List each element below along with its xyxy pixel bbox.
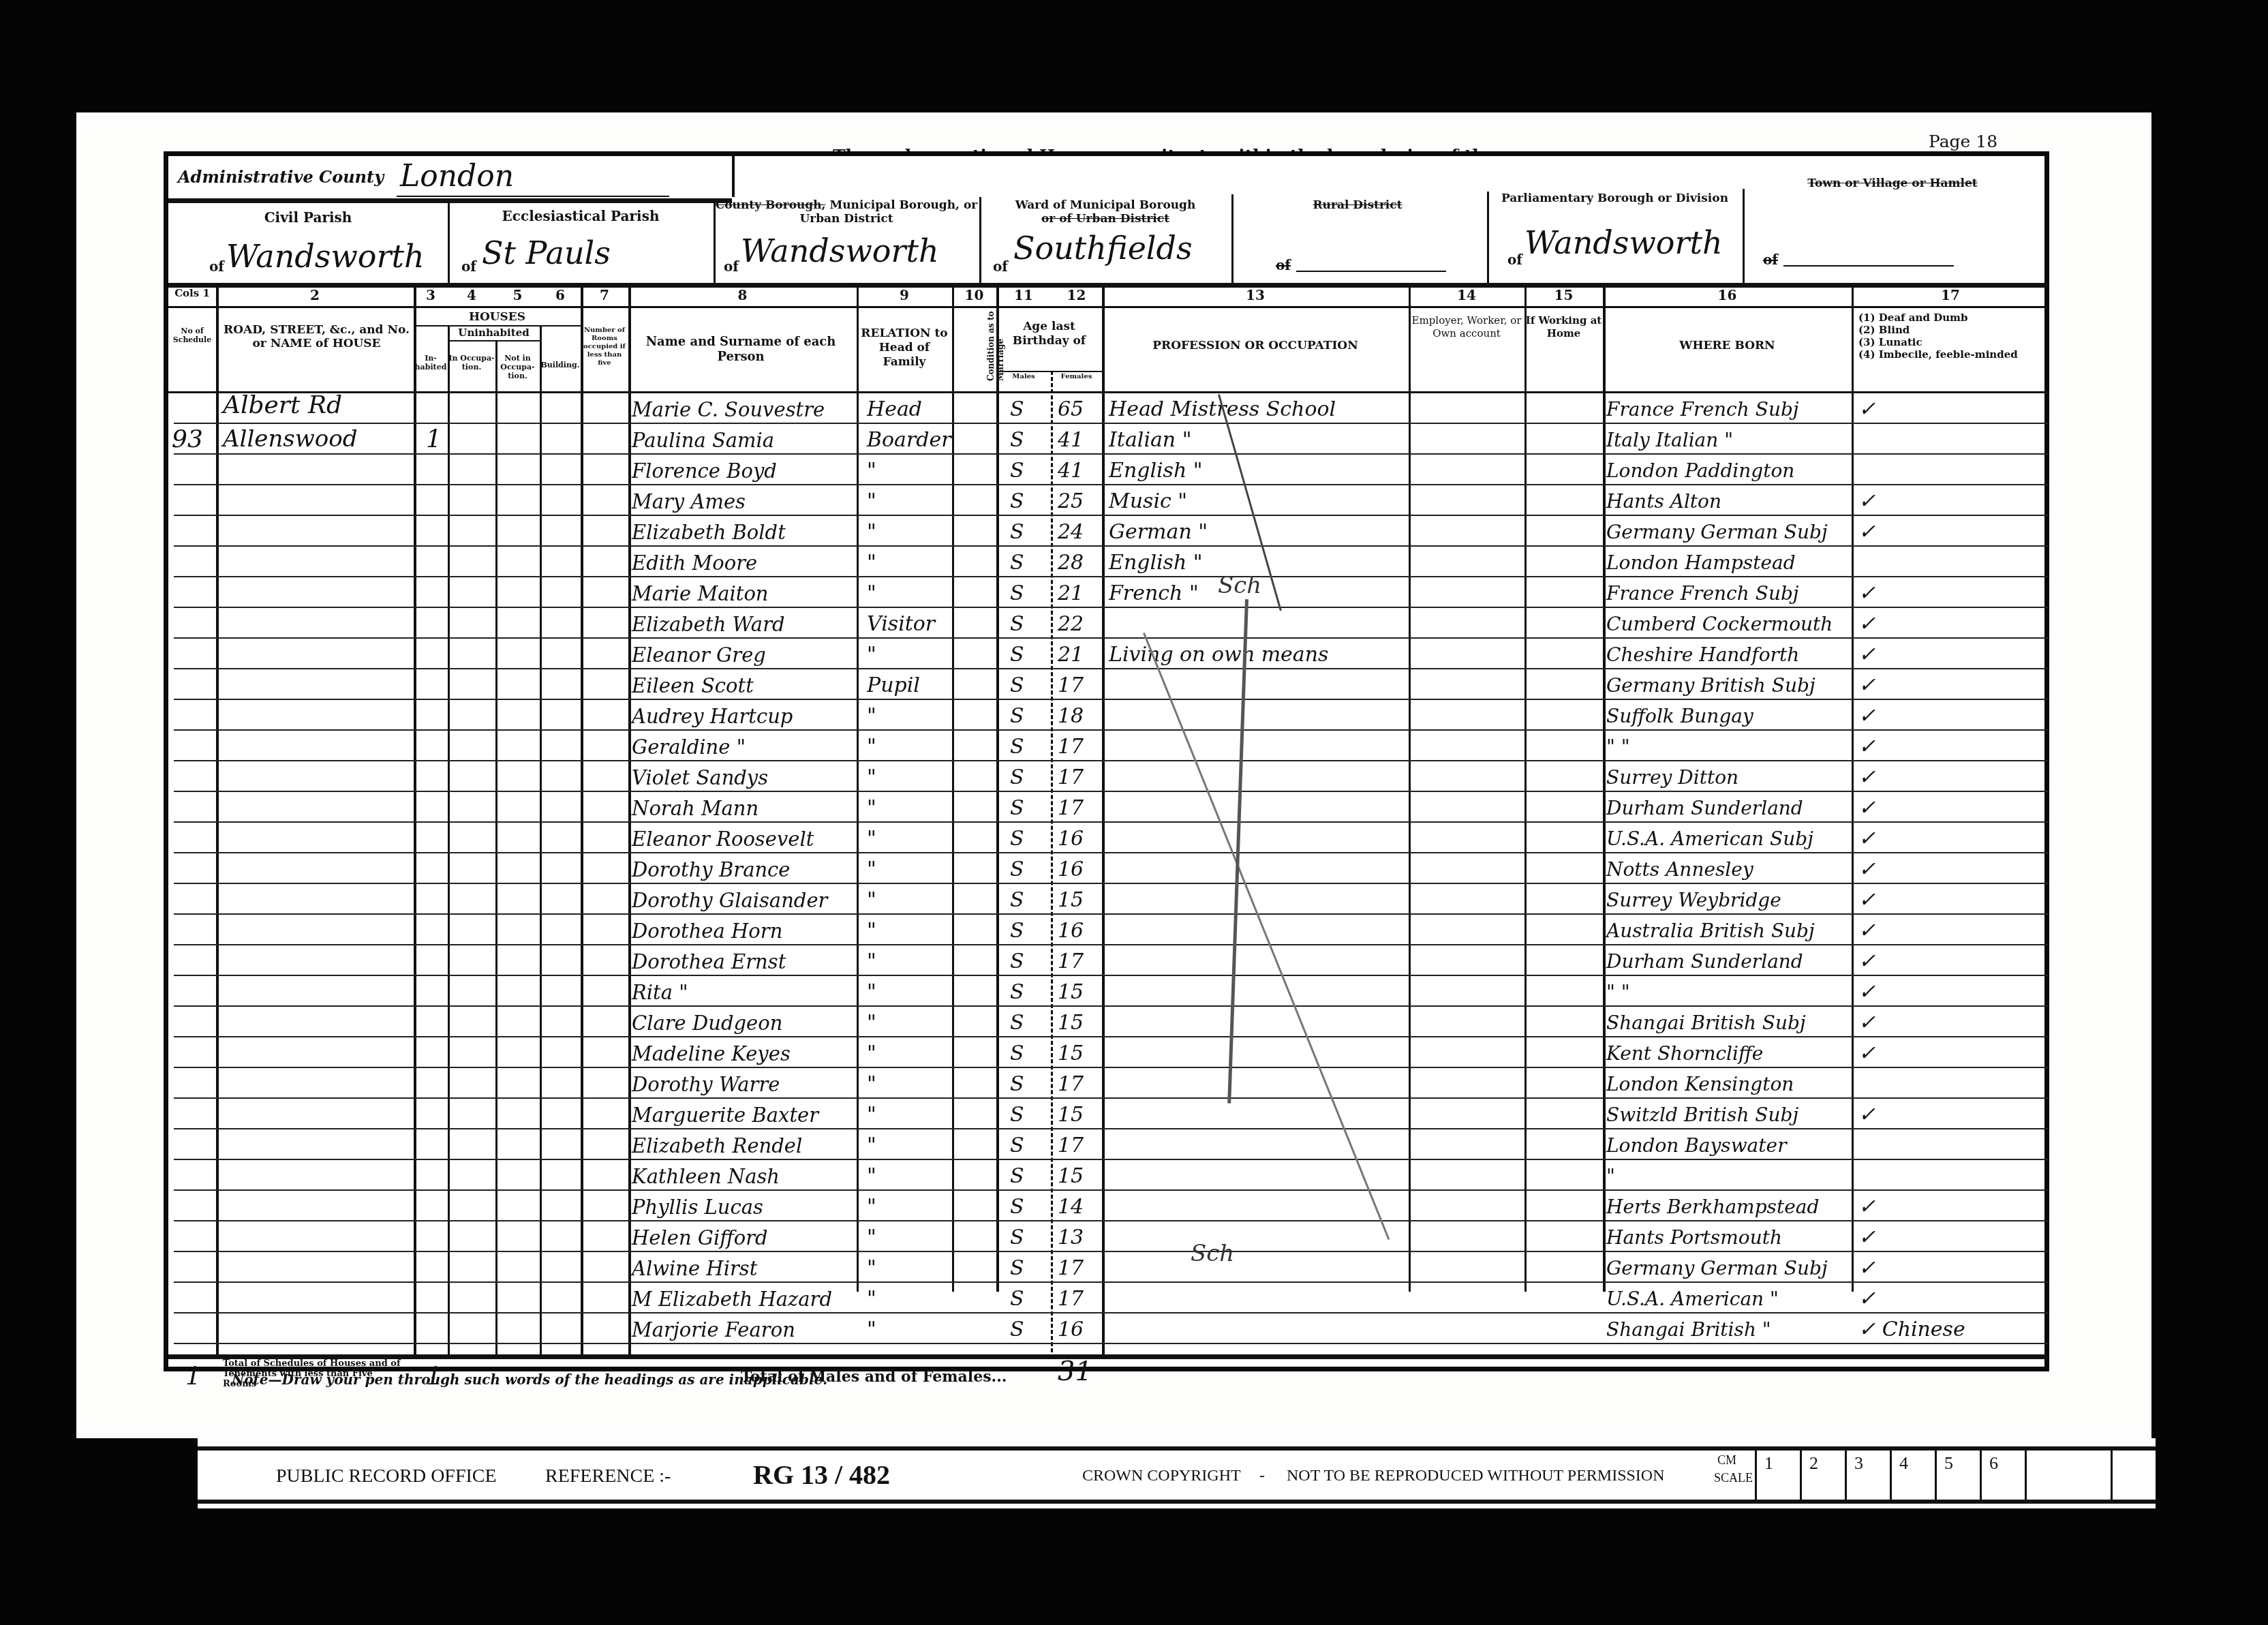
parliamentary-borough-label: Parliamentary Borough or Division bbox=[1487, 192, 1743, 205]
person-relation: " bbox=[867, 1129, 876, 1160]
person-condition: S bbox=[1010, 577, 1024, 608]
person-age-female: 15 bbox=[1058, 976, 1084, 1007]
person-name: Eleanor Roosevelt bbox=[632, 823, 814, 853]
person-age-female: 17 bbox=[1058, 761, 1084, 792]
town-village-label: Town or Village or Hamlet bbox=[1743, 177, 2042, 190]
person-age-female: 22 bbox=[1058, 608, 1084, 639]
person-row: Norah Mann"S17Durham Sunderland✓ bbox=[168, 792, 2054, 823]
col-age-header: Age last Birthday of bbox=[996, 320, 1102, 348]
person-birthplace: London Hampstead bbox=[1606, 547, 1796, 577]
enumerator-mark: Sch bbox=[1218, 572, 1261, 599]
person-infirmity-mark: ✓ Chinese bbox=[1858, 1313, 1965, 1344]
person-condition: S bbox=[1010, 823, 1024, 853]
scale-mark: 6 bbox=[1989, 1453, 1998, 1474]
person-age-female: 15 bbox=[1058, 1160, 1084, 1191]
person-relation: " bbox=[867, 945, 876, 976]
person-name: Florence Boyd bbox=[632, 455, 777, 485]
person-infirmity-mark: ✓ bbox=[1858, 1037, 1875, 1068]
person-relation: " bbox=[867, 731, 876, 761]
person-condition: S bbox=[1010, 516, 1024, 547]
ecclesiastical-parish-label: Ecclesiastical Parish bbox=[448, 209, 714, 223]
person-name: Audrey Hartcup bbox=[632, 700, 793, 731]
person-occupation: English " bbox=[1109, 455, 1203, 485]
person-row: Mary Ames"S25Music "Hants Alton✓ bbox=[168, 485, 2054, 516]
person-condition: S bbox=[1010, 393, 1024, 424]
person-name: Helen Gifford bbox=[632, 1221, 768, 1252]
person-birthplace: Germany German Subj bbox=[1606, 1252, 1828, 1283]
person-birthplace: Notts Annesley bbox=[1606, 853, 1753, 884]
person-row: Eleanor Greg"S21Living on own meansChesh… bbox=[168, 639, 2054, 669]
person-age-female: 16 bbox=[1058, 915, 1084, 945]
person-name: Rita " bbox=[632, 976, 688, 1007]
person-birthplace: Germany British Subj bbox=[1606, 669, 1815, 700]
col-working-home-header: If Working at Home bbox=[1524, 314, 1603, 340]
person-infirmity-mark: ✓ bbox=[1858, 393, 1875, 424]
scale-mark: 5 bbox=[1944, 1453, 1953, 1474]
person-occupation: French " bbox=[1109, 577, 1199, 608]
person-relation: " bbox=[867, 1007, 876, 1037]
ecclesiastical-parish-value: St Pauls bbox=[482, 234, 611, 271]
person-age-female: 41 bbox=[1058, 455, 1084, 485]
person-name: Dorothy Glaisander bbox=[632, 884, 827, 915]
cm-scale-label: SCALE bbox=[1714, 1471, 1753, 1485]
person-relation: Boarder bbox=[867, 424, 951, 455]
person-age-female: 15 bbox=[1058, 1099, 1084, 1129]
person-condition: S bbox=[1010, 976, 1024, 1007]
person-name: Paulina Samia bbox=[632, 424, 774, 455]
col-where-born-header: WHERE BORN bbox=[1603, 339, 1852, 352]
person-relation: " bbox=[867, 639, 876, 669]
person-row: Rita ""S15" "✓ bbox=[168, 976, 2054, 1007]
rural-district-label: Rural District bbox=[1231, 198, 1484, 212]
person-name: Elizabeth Rendel bbox=[632, 1129, 802, 1160]
person-relation: " bbox=[867, 1160, 876, 1191]
person-name: Madeline Keyes bbox=[632, 1037, 791, 1068]
person-condition: S bbox=[1010, 455, 1024, 485]
person-condition: S bbox=[1010, 1313, 1024, 1344]
person-row: Madeline Keyes"S15Kent Shorncliffe✓ bbox=[168, 1037, 2054, 1068]
person-relation: " bbox=[867, 853, 876, 884]
person-name: Eleanor Greg bbox=[632, 639, 766, 669]
person-birthplace: Surrey Weybridge bbox=[1606, 884, 1781, 915]
reference-label: REFERENCE :- bbox=[545, 1465, 671, 1487]
person-name: Phyllis Lucas bbox=[632, 1191, 763, 1221]
person-name: Geraldine " bbox=[632, 731, 746, 761]
ward-value: Southfields bbox=[1013, 230, 1193, 267]
col-schedule-header: No of Schedule bbox=[168, 326, 216, 344]
schedules-total: 1 bbox=[185, 1363, 201, 1391]
person-row: M Elizabeth Hazard"S17U.S.A. American "✓ bbox=[168, 1283, 2054, 1313]
person-condition: S bbox=[1010, 1283, 1024, 1313]
permission-notice: NOT TO BE REPRODUCED WITHOUT PERMISSION bbox=[1287, 1467, 1665, 1485]
col-uninhabited-header: Uninhabited bbox=[448, 326, 540, 339]
person-infirmity-mark: ✓ bbox=[1858, 577, 1875, 608]
person-name: M Elizabeth Hazard bbox=[632, 1283, 832, 1313]
person-birthplace: France French Subj bbox=[1606, 577, 1799, 608]
person-occupation: German " bbox=[1109, 516, 1208, 547]
col-relation-header: RELATION to Head of Family bbox=[857, 326, 952, 369]
person-condition: S bbox=[1010, 761, 1024, 792]
person-age-female: 15 bbox=[1058, 1037, 1084, 1068]
person-condition: S bbox=[1010, 669, 1024, 700]
person-relation: " bbox=[867, 792, 876, 823]
person-infirmity-mark: ✓ bbox=[1858, 1283, 1875, 1313]
person-row: Dorothy Brance"S16Notts Annesley✓ bbox=[168, 853, 2054, 884]
person-row: Florence Boyd"S41English "London Padding… bbox=[168, 455, 2054, 485]
person-infirmity-mark: ✓ bbox=[1858, 1007, 1875, 1037]
municipal-borough-value: Wandsworth bbox=[741, 232, 939, 269]
person-condition: S bbox=[1010, 1129, 1024, 1160]
footnote: Note—Draw your pen through such words of… bbox=[232, 1371, 827, 1388]
person-age-female: 25 bbox=[1058, 485, 1084, 516]
person-row: Eileen ScottPupilS17Germany British Subj… bbox=[168, 669, 2054, 700]
person-condition: S bbox=[1010, 1191, 1024, 1221]
person-name: Marie Maiton bbox=[632, 577, 769, 608]
person-birthplace: Suffolk Bungay bbox=[1606, 700, 1753, 731]
person-name: Elizabeth Ward bbox=[632, 608, 785, 639]
person-birthplace: France French Subj bbox=[1606, 393, 1799, 424]
person-birthplace: Shangai British " bbox=[1606, 1313, 1771, 1344]
person-relation: " bbox=[867, 1099, 876, 1129]
person-condition: S bbox=[1010, 547, 1024, 577]
person-birthplace: " " bbox=[1606, 731, 1630, 761]
person-row: Marie Maiton"S21French "France French Su… bbox=[168, 577, 2054, 608]
person-infirmity-mark: ✓ bbox=[1858, 1099, 1875, 1129]
person-infirmity-mark: ✓ bbox=[1858, 639, 1875, 669]
person-relation: " bbox=[867, 1068, 876, 1099]
person-name: Alwine Hirst bbox=[632, 1252, 757, 1283]
person-name: Dorothy Warre bbox=[632, 1068, 780, 1099]
person-birthplace: London Bayswater bbox=[1606, 1129, 1787, 1160]
person-age-female: 24 bbox=[1058, 516, 1084, 547]
person-occupation: Living on own means bbox=[1109, 639, 1328, 669]
person-row: Phyllis Lucas"S14Herts Berkhampstead✓ bbox=[168, 1191, 2054, 1221]
person-name: Clare Dudgeon bbox=[632, 1007, 782, 1037]
person-name: Marie C. Souvestre bbox=[632, 393, 825, 424]
person-infirmity-mark: ✓ bbox=[1858, 945, 1875, 976]
person-birthplace: Herts Berkhampstead bbox=[1606, 1191, 1819, 1221]
person-row: Dorothy Glaisander"S15Surrey Weybridge✓ bbox=[168, 884, 2054, 915]
person-relation: " bbox=[867, 761, 876, 792]
person-name: Norah Mann bbox=[632, 792, 758, 823]
person-age-female: 17 bbox=[1058, 945, 1084, 976]
person-infirmity-mark: ✓ bbox=[1858, 853, 1875, 884]
person-relation: " bbox=[867, 1252, 876, 1283]
person-age-female: 16 bbox=[1058, 823, 1084, 853]
person-birthplace: U.S.A. American " bbox=[1606, 1283, 1779, 1313]
person-row: Dorothea Horn"S16Australia British Subj✓ bbox=[168, 915, 2054, 945]
scale-mark: 1 bbox=[1764, 1453, 1773, 1474]
females-total: 31 bbox=[1058, 1356, 1092, 1387]
civil-parish-label: Civil Parish bbox=[168, 211, 448, 224]
person-age-female: 21 bbox=[1058, 577, 1084, 608]
person-age-female: 17 bbox=[1058, 669, 1084, 700]
person-infirmity-mark: ✓ bbox=[1858, 1252, 1875, 1283]
person-age-female: 21 bbox=[1058, 639, 1084, 669]
person-infirmity-mark: ✓ bbox=[1858, 669, 1875, 700]
person-condition: S bbox=[1010, 1007, 1024, 1037]
person-relation: " bbox=[867, 1313, 876, 1344]
person-birthplace: Kent Shorncliffe bbox=[1606, 1037, 1763, 1068]
person-occupation: Music " bbox=[1109, 485, 1187, 516]
person-name: Violet Sandys bbox=[632, 761, 768, 792]
person-condition: S bbox=[1010, 485, 1024, 516]
person-rows: Marie C. SouvestreHeadS65Head Mistress S… bbox=[168, 393, 2054, 1354]
person-age-female: 17 bbox=[1058, 1283, 1084, 1313]
scale-mark: 2 bbox=[1809, 1453, 1818, 1474]
col-infirmity-header: (1) Deaf and Dumb (2) Blind (3) Lunatic … bbox=[1858, 312, 2049, 361]
person-condition: S bbox=[1010, 945, 1024, 976]
person-name: Dorothy Brance bbox=[632, 853, 791, 884]
person-condition: S bbox=[1010, 424, 1024, 455]
person-age-female: 65 bbox=[1058, 393, 1084, 424]
person-row: Eleanor Roosevelt"S16U.S.A. American Sub… bbox=[168, 823, 2054, 853]
person-relation: " bbox=[867, 577, 876, 608]
person-condition: S bbox=[1010, 1099, 1024, 1129]
person-condition: S bbox=[1010, 1221, 1024, 1252]
col-name-header: Name and Surname of each Person bbox=[639, 335, 843, 365]
person-name: Elizabeth Boldt bbox=[632, 516, 786, 547]
person-age-female: 13 bbox=[1058, 1221, 1084, 1252]
person-infirmity-mark: ✓ bbox=[1858, 700, 1875, 731]
person-infirmity-mark: ✓ bbox=[1858, 1191, 1875, 1221]
person-row: Clare Dudgeon"S15Shangai British Subj✓ bbox=[168, 1007, 2054, 1037]
person-age-female: 17 bbox=[1058, 1129, 1084, 1160]
person-birthplace: London Kensington bbox=[1606, 1068, 1794, 1099]
scale-mark: 3 bbox=[1854, 1453, 1863, 1474]
person-condition: S bbox=[1010, 1037, 1024, 1068]
person-age-female: 18 bbox=[1058, 700, 1084, 731]
admin-county-label: Administrative County bbox=[178, 167, 384, 187]
person-birthplace: Durham Sunderland bbox=[1606, 792, 1803, 823]
ward-label: Ward of Municipal Borough bbox=[979, 198, 1231, 212]
person-infirmity-mark: ✓ bbox=[1858, 792, 1875, 823]
person-infirmity-mark: ✓ bbox=[1858, 485, 1875, 516]
person-age-female: 16 bbox=[1058, 1313, 1084, 1344]
person-row: Helen Gifford"S13Hants Portsmouth✓ bbox=[168, 1221, 2054, 1252]
person-age-female: 15 bbox=[1058, 1007, 1084, 1037]
person-relation: " bbox=[867, 516, 876, 547]
person-condition: S bbox=[1010, 915, 1024, 945]
reference-code: RG 13 / 482 bbox=[753, 1459, 890, 1491]
person-infirmity-mark: ✓ bbox=[1858, 976, 1875, 1007]
person-age-female: 14 bbox=[1058, 1191, 1084, 1221]
person-birthplace: Surrey Ditton bbox=[1606, 761, 1738, 792]
person-infirmity-mark: ✓ bbox=[1858, 761, 1875, 792]
person-infirmity-mark: ✓ bbox=[1858, 915, 1875, 945]
person-name: Marguerite Baxter bbox=[632, 1099, 818, 1129]
person-name: Kathleen Nash bbox=[632, 1160, 780, 1191]
person-birthplace: Hants Portsmouth bbox=[1606, 1221, 1782, 1252]
person-birthplace: " " bbox=[1606, 976, 1630, 1007]
person-birthplace: Switzld British Subj bbox=[1606, 1099, 1798, 1129]
person-row: Marie C. SouvestreHeadS65Head Mistress S… bbox=[168, 393, 2054, 424]
person-condition: S bbox=[1010, 700, 1024, 731]
person-name: Eileen Scott bbox=[632, 669, 754, 700]
enumerator-mark: Sch bbox=[1191, 1240, 1234, 1267]
municipal-borough-label: Municipal Borough, or Urban District bbox=[799, 198, 977, 226]
col-occupation-header: PROFESSION OR OCCUPATION bbox=[1102, 339, 1409, 352]
person-relation: " bbox=[867, 1037, 876, 1068]
person-name: Edith Moore bbox=[632, 547, 757, 577]
person-infirmity-mark: ✓ bbox=[1858, 884, 1875, 915]
census-form: Administrative County London Civil Paris… bbox=[164, 151, 2049, 1371]
person-relation: Visitor bbox=[867, 608, 935, 639]
person-infirmity-mark: ✓ bbox=[1858, 608, 1875, 639]
person-relation: " bbox=[867, 700, 876, 731]
person-age-female: 15 bbox=[1058, 884, 1084, 915]
person-birthplace: " bbox=[1606, 1160, 1615, 1191]
person-relation: Pupil bbox=[867, 669, 920, 700]
person-condition: S bbox=[1010, 792, 1024, 823]
copyright: CROWN COPYRIGHT bbox=[1082, 1467, 1241, 1485]
person-name: Dorothea Horn bbox=[632, 915, 782, 945]
col-houses-header: HOUSES bbox=[414, 310, 581, 324]
person-infirmity-mark: ✓ bbox=[1858, 516, 1875, 547]
person-relation: " bbox=[867, 547, 876, 577]
person-row: Paulina SamiaBoarderS41Italian "Italy It… bbox=[168, 424, 2054, 455]
person-infirmity-mark: ✓ bbox=[1858, 823, 1875, 853]
civil-parish-value: Wandsworth bbox=[226, 238, 425, 275]
person-birthplace: Cumberd Cockermouth bbox=[1606, 608, 1833, 639]
person-infirmity-mark: ✓ bbox=[1858, 731, 1875, 761]
person-infirmity-mark: ✓ bbox=[1858, 1221, 1875, 1252]
person-condition: S bbox=[1010, 853, 1024, 884]
person-relation: " bbox=[867, 1221, 876, 1252]
office-label: PUBLIC RECORD OFFICE bbox=[276, 1465, 497, 1487]
person-birthplace: Shangai British Subj bbox=[1606, 1007, 1806, 1037]
person-row: Kathleen Nash"S15" bbox=[168, 1160, 2054, 1191]
person-birthplace: U.S.A. American Subj bbox=[1606, 823, 1813, 853]
person-row: Marjorie Fearon"S16Shangai British "✓ Ch… bbox=[168, 1313, 2054, 1344]
parliamentary-borough-value: Wandsworth bbox=[1524, 224, 1723, 261]
person-row: Elizabeth Rendel"S17London Bayswater bbox=[168, 1129, 2054, 1160]
person-condition: S bbox=[1010, 639, 1024, 669]
person-relation: " bbox=[867, 915, 876, 945]
admin-county-value: London bbox=[400, 159, 514, 194]
person-birthplace: Hants Alton bbox=[1606, 485, 1721, 516]
col-employer-header: Employer, Worker, or Own account bbox=[1409, 314, 1524, 340]
person-condition: S bbox=[1010, 1252, 1024, 1283]
person-relation: " bbox=[867, 1283, 876, 1313]
person-birthplace: London Paddington bbox=[1606, 455, 1794, 485]
person-row: Edith Moore"S28English "London Hampstead bbox=[168, 547, 2054, 577]
person-condition: S bbox=[1010, 1160, 1024, 1191]
person-age-female: 16 bbox=[1058, 853, 1084, 884]
person-age-female: 17 bbox=[1058, 1068, 1084, 1099]
scale-mark: 4 bbox=[1899, 1453, 1908, 1474]
person-relation: " bbox=[867, 455, 876, 485]
person-condition: S bbox=[1010, 608, 1024, 639]
person-name: Dorothea Ernst bbox=[632, 945, 786, 976]
person-relation: Head bbox=[867, 393, 922, 424]
person-birthplace: Durham Sunderland bbox=[1606, 945, 1803, 976]
person-name: Marjorie Fearon bbox=[632, 1313, 795, 1344]
person-relation: " bbox=[867, 976, 876, 1007]
person-row: Geraldine ""S17" "✓ bbox=[168, 731, 2054, 761]
col-road-header: ROAD, STREET, &c., and No. or NAME of HO… bbox=[219, 323, 414, 350]
person-condition: S bbox=[1010, 884, 1024, 915]
person-row: Dorothy Warre"S17London Kensington bbox=[168, 1068, 2054, 1099]
person-birthplace: Germany German Subj bbox=[1606, 516, 1828, 547]
person-age-female: 17 bbox=[1058, 731, 1084, 761]
person-age-female: 17 bbox=[1058, 1252, 1084, 1283]
person-row: Alwine Hirst"S17Germany German Subj✓ bbox=[168, 1252, 2054, 1283]
person-occupation: Italian " bbox=[1109, 424, 1192, 455]
person-occupation: English " bbox=[1109, 547, 1203, 577]
person-relation: " bbox=[867, 823, 876, 853]
person-age-female: 41 bbox=[1058, 424, 1084, 455]
person-condition: S bbox=[1010, 731, 1024, 761]
person-relation: " bbox=[867, 1191, 876, 1221]
person-relation: " bbox=[867, 884, 876, 915]
person-age-female: 28 bbox=[1058, 547, 1084, 577]
person-row: Audrey Hartcup"S18Suffolk Bungay✓ bbox=[168, 700, 2054, 731]
person-birthplace: Australia British Subj bbox=[1606, 915, 1815, 945]
person-name: Mary Ames bbox=[632, 485, 746, 516]
person-row: Elizabeth WardVisitorS22Cumberd Cockermo… bbox=[168, 608, 2054, 639]
reference-strip: PUBLIC RECORD OFFICE REFERENCE :- RG 13 … bbox=[198, 1438, 2156, 1508]
person-age-female: 17 bbox=[1058, 792, 1084, 823]
person-row: Violet Sandys"S17Surrey Ditton✓ bbox=[168, 761, 2054, 792]
person-birthplace: Cheshire Handforth bbox=[1606, 639, 1799, 669]
person-row: Marguerite Baxter"S15Switzld British Sub… bbox=[168, 1099, 2054, 1129]
person-birthplace: Italy Italian " bbox=[1606, 424, 1733, 455]
person-row: Dorothea Ernst"S17Durham Sunderland✓ bbox=[168, 945, 2054, 976]
person-row: Elizabeth Boldt"S24German "Germany Germa… bbox=[168, 516, 2054, 547]
person-relation: " bbox=[867, 485, 876, 516]
person-condition: S bbox=[1010, 1068, 1024, 1099]
page-number: Page 18 bbox=[1929, 132, 1997, 151]
